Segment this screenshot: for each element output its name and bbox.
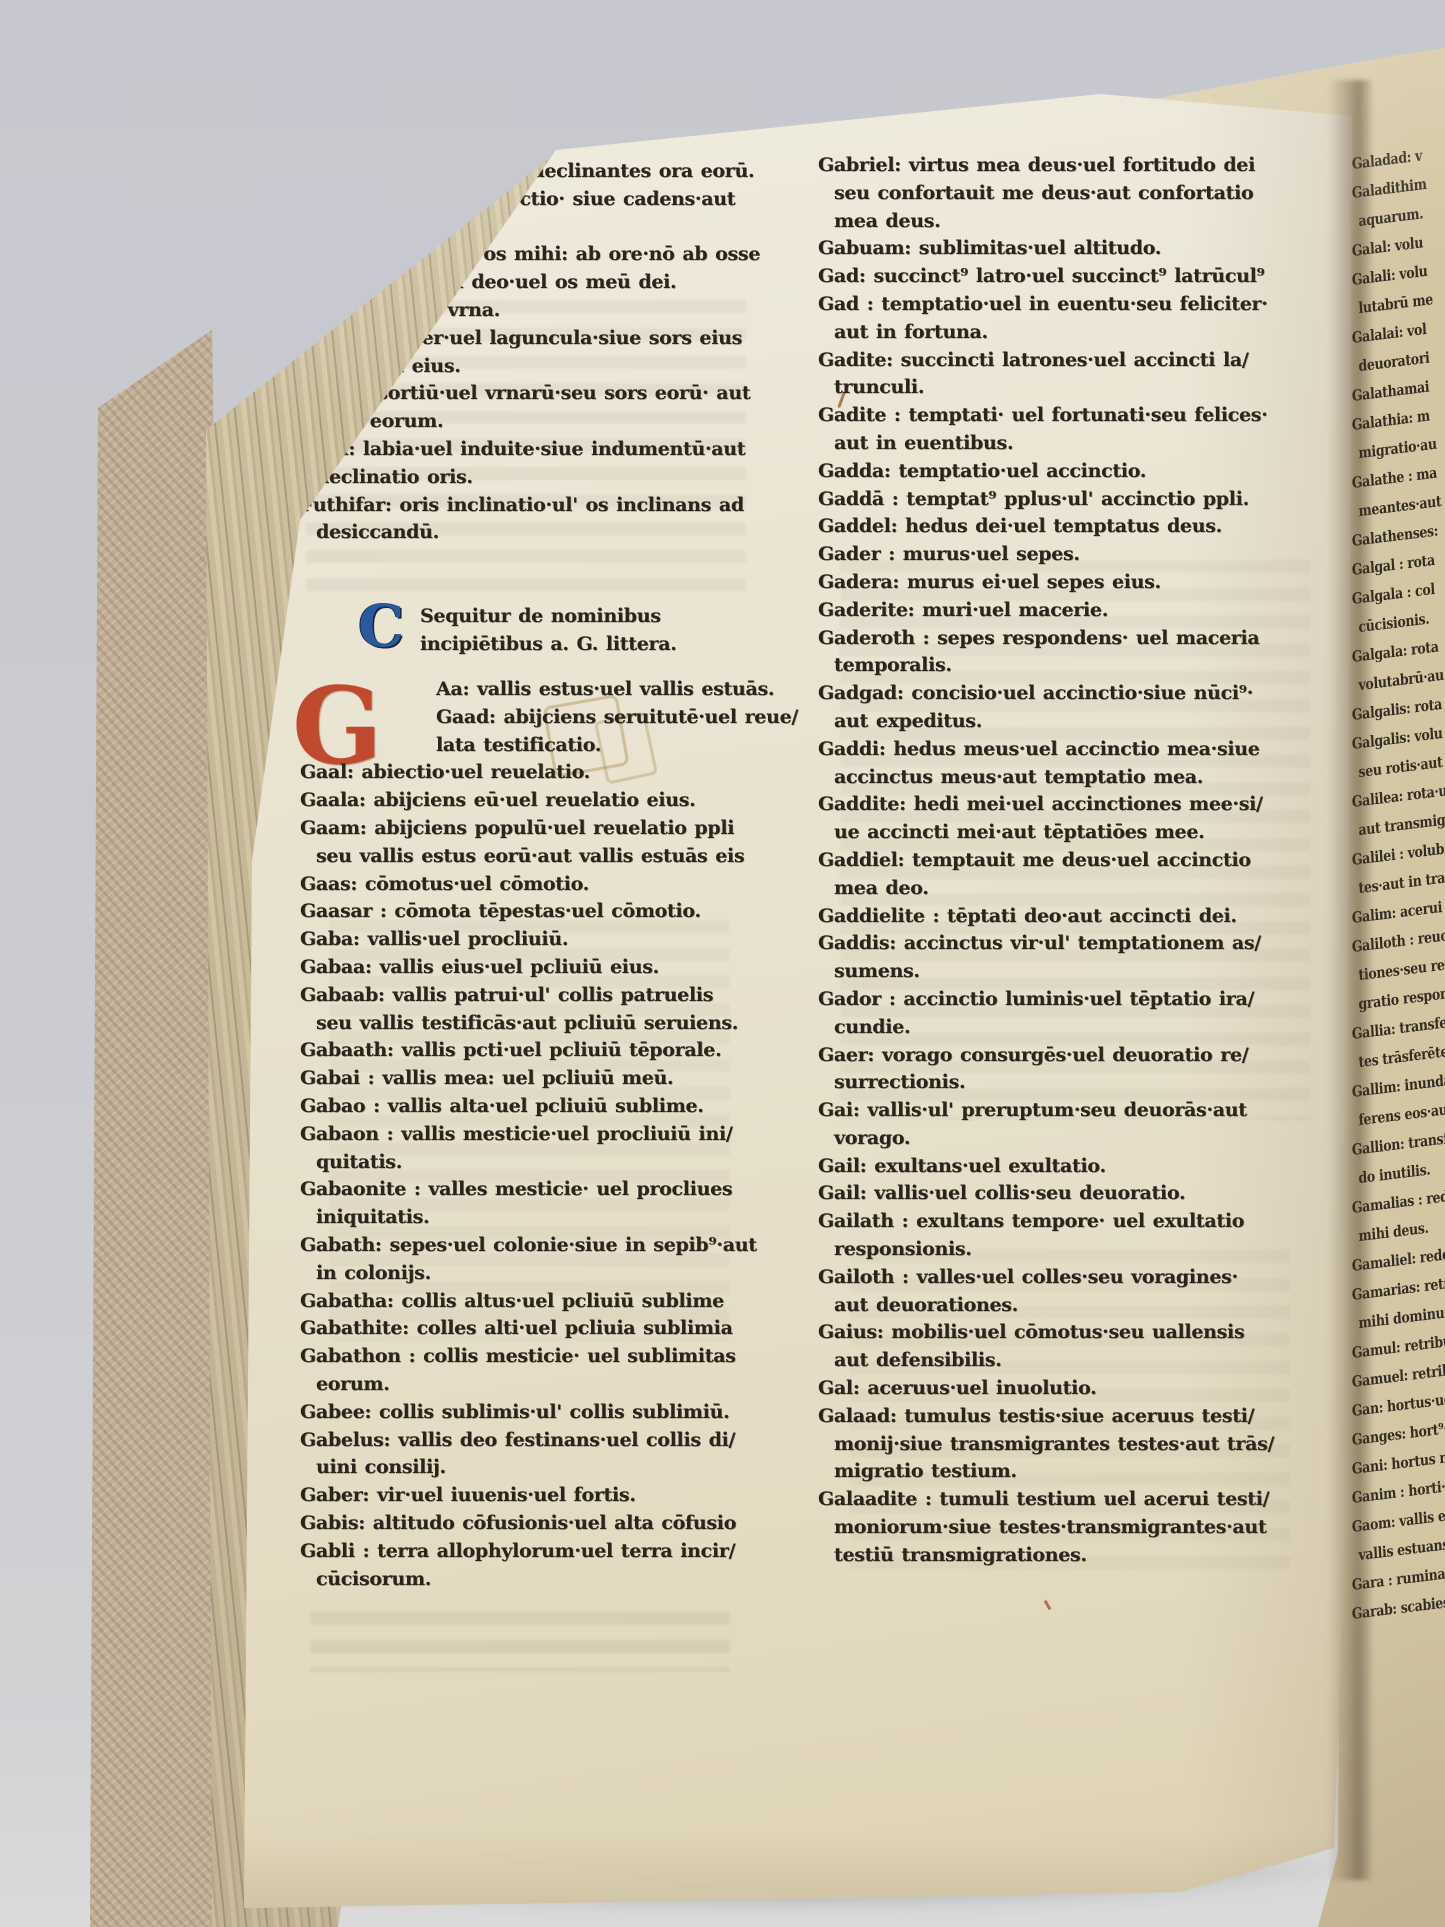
text-line: Gabuam: sublimitas·uel altitudo. [818,235,1352,263]
text-line: Gaer: vorago consurgēs·uel deuoratio re/ [818,1042,1352,1070]
text-line: Gail: vallis·uel collis·seu deuoratio. [818,1180,1352,1208]
text-line: Gadite : temptati· uel fortunati·seu fel… [818,402,1352,430]
bleed-through-text [310,1612,730,1672]
section-heading-line: Sequitur de nominibus [420,602,780,630]
text-line: Gabai : vallis mea: uel pcliuiū meū. [300,1065,780,1093]
text-line: Gabee: collis sublimis·ul' collis sublim… [300,1399,780,1427]
left-column-g-entries: Aa: vallis estus·uel vallis estuās.Gaad:… [300,676,780,1593]
rubricated-initial-c: C [358,598,404,654]
bleed-through-text [850,1250,1290,1580]
text-line: testiū transmigrationes. [818,1542,1352,1570]
text-line: Gaddiel: temptauit me deus·uel accinctio [818,847,1352,875]
text-line: Gad: succinct⁹ latro·uel succinct⁹ latrū… [818,263,1352,291]
text-line: quitatis. [300,1149,780,1177]
text-line: aut expeditus. [818,708,1352,736]
text-line: Gabli : terra allophylorum·uel terra inc… [300,1538,780,1566]
paper-stain [600,0,960,100]
photo-of-incunabulum-page: { "colors": { "backdrop": "#cbccd1", "bi… [0,0,1445,1927]
text-line: Gaius: mobilis·uel cōmotus·seu uallensis [818,1319,1352,1347]
text-line: seu vallis estus eorū·aut vallis estuās … [300,843,780,871]
text-line: Gabaa: vallis eius·uel pcliuiū eius. [300,954,780,982]
text-line: Gaddi: hedus meus·uel accinctio mea·siue [818,736,1352,764]
text-line: lata testificatio. [300,732,780,760]
text-line: trunculi. [818,374,1352,402]
text-line: Gadite: succincti latrones·uel accincti … [818,347,1352,375]
text-line: Gailath : exultans tempore· uel exultati… [818,1208,1352,1236]
text-line: seu vallis testificās·aut pcliuiū seruie… [300,1010,780,1038]
text-line: monij·siue transmigrantes testes·aut trā… [818,1431,1352,1459]
bleed-through-text [330,920,730,1340]
text-line: Gadda: temptatio·uel accinctio. [818,458,1352,486]
text-line: Gaber: vir·uel iuuenis·uel fortis. [300,1482,780,1510]
text-line: aut defensibilis. [818,1347,1352,1375]
text-line: ruina. [300,214,780,242]
text-line: Gadgad: concisio·uel accinctio·siue nūci… [818,680,1352,708]
text-line: Galaad: tumulus testis·siue aceruus test… [818,1403,1352,1431]
section-heading: Sequitur de nominibus incipiētibus a. G.… [420,602,780,658]
text-line: Gaba: vallis·uel procliuiū. [300,926,780,954]
text-line: aut in euentibus. [818,430,1352,458]
text-line: Gaam: abijciens populū·uel reuelatio ppl… [300,815,780,843]
text-line: iniquitatis. [300,1204,780,1232]
text-line: Ful : addens·uel adiectio· siue cadens·a… [300,186,780,214]
text-line: migratio testium. [818,1458,1352,1486]
text-line: aut in fortuna. [818,319,1352,347]
paper-fiber [837,392,845,408]
text-line: Gader : murus·uel sepes. [818,541,1352,569]
text-line: in colonijs. [300,1260,780,1288]
text-line: Futhifar: oris inclinatio·ul' os inclina… [300,492,780,520]
text-line: mea deo. [818,875,1352,903]
text-line: Gadera: murus ei·uel sepes eius. [818,569,1352,597]
text-line: Futh: labia·uel induite·siue indumentū·a… [300,436,780,464]
text-line: Gad : temptatio·uel in euentu·seu felici… [818,291,1352,319]
text-line: Gabis: altitudo cōfusionis·uel alta cōfu… [300,1510,780,1538]
text-line: Gaddā : temptat⁹ pplus·ul' accinctio ppl… [818,486,1352,514]
text-line: Gaddis: accinctus vir·ul' temptationem a… [818,930,1352,958]
paper-speck [742,30,747,35]
text-line: Gaderoth : sepes respondens· uel maceria [818,625,1352,653]
text-line: Gaderite: muri·uel macerie. [818,597,1352,625]
text-line: declinatio oris. [300,464,780,492]
text-line: Gabaath: vallis pcti·uel pcliuiū tēporal… [300,1037,780,1065]
paper-speck [1044,1600,1052,1610]
text-line: Gador : accinctio luminis·uel tēptatio i… [818,986,1352,1014]
text-line: Gabatha: collis altus·uel pcliuiū sublim… [300,1288,780,1316]
text-line: Funi: os meū·uel os mihi: ab ore·nō ab o… [300,241,780,269]
text-line: Galaadite : tumuli testium uel acerui te… [818,1486,1352,1514]
text-line: Gaas: cōmotus·uel cōmotio. [300,871,780,899]
text-line: cundie. [818,1014,1352,1042]
text-line: Gaala: abijciens eū·uel reuelatio eius. [300,787,780,815]
paper-stain [542,694,629,778]
text-line: Gaal: abiectio·uel reuelatio. [300,759,780,787]
text-line: Gaad: abijciens seruitutē·uel reue/ [300,704,780,732]
gutter-shadow [1328,80,1372,1880]
text-line: Gabriel: virtus mea deus·uel fortitudo d… [818,152,1352,180]
text-line: seu confortauit me deus·aut confortatio [818,180,1352,208]
paper-stain [594,711,658,784]
text-line: uini consilij. [300,1454,780,1482]
text-line: Gaasar : cōmota tēpestas·uel cōmotio. [300,898,780,926]
text-line: moniorum·siue testes·transmigrantes·aut [818,1514,1352,1542]
text-line: Gabath: sepes·uel colonie·siue in sepib⁹… [300,1232,780,1260]
text-line: accinctus meus·aut temptatio mea. [818,764,1352,792]
section-heading-line: incipiētibus a. G. littera. [420,630,780,658]
text-line: Gail: exultans·uel exultatio. [818,1153,1352,1181]
text-line: Gabathon : collis mesticie· uel sublimit… [300,1343,780,1371]
text-line: Gabao : vallis alta·uel pcliuiū sublime. [300,1093,780,1121]
text-line: Aa: vallis estus·uel vallis estuās. [300,676,780,704]
text-line: Funiel : os meū deo·uel os meū dei. [300,269,780,297]
text-line: Gaddite: hedi mei·uel accinctiones mee·s… [818,791,1352,819]
rubricated-drop-cap-g: G [292,678,383,774]
text-line: Gaddielite : tēptati deo·aut accincti de… [818,903,1352,931]
text-line: aut deuorationes. [818,1292,1352,1320]
text-line: Gabelus: vallis deo festinans·uel collis… [300,1427,780,1455]
text-line: temporalis. [818,652,1352,680]
text-line: Gabaab: vallis patrui·ul' collis patruel… [300,982,780,1010]
text-line: Gailoth : valles·uel colles·seu voragine… [818,1264,1352,1292]
text-line: Gal: aceruus·uel inuolutio. [818,1375,1352,1403]
text-line: mea deus. [818,208,1352,236]
text-line: Gabathite: colles alti·uel pcliuia subli… [300,1315,780,1343]
text-line: Gabaonite : valles mesticie· uel procliu… [300,1176,780,1204]
text-line: Gai: vallis·ul' preruptum·seu deuorās·au… [818,1097,1352,1125]
bleed-through-text [840,560,1310,1120]
text-line: desiccandū. [300,519,780,547]
text-line: Gaddel: hedus dei·uel temptatus deus. [818,513,1352,541]
text-line: sumens. [818,958,1352,986]
text-line: vorago. [818,1125,1352,1153]
right-column-g-entries: Gabriel: virtus mea deus·uel fortitudo d… [818,152,1352,1570]
text-line: Gabaon : vallis mesticie·uel procliuiū i… [300,1121,780,1149]
text-line: cūcisorum. [300,1566,780,1594]
text-line: ue accincti mei·aut tēptatiōes mee. [818,819,1352,847]
text-line: responsionis. [818,1236,1352,1264]
text-line: eorum. [300,1371,780,1399]
text-line: surrectionis. [818,1069,1352,1097]
